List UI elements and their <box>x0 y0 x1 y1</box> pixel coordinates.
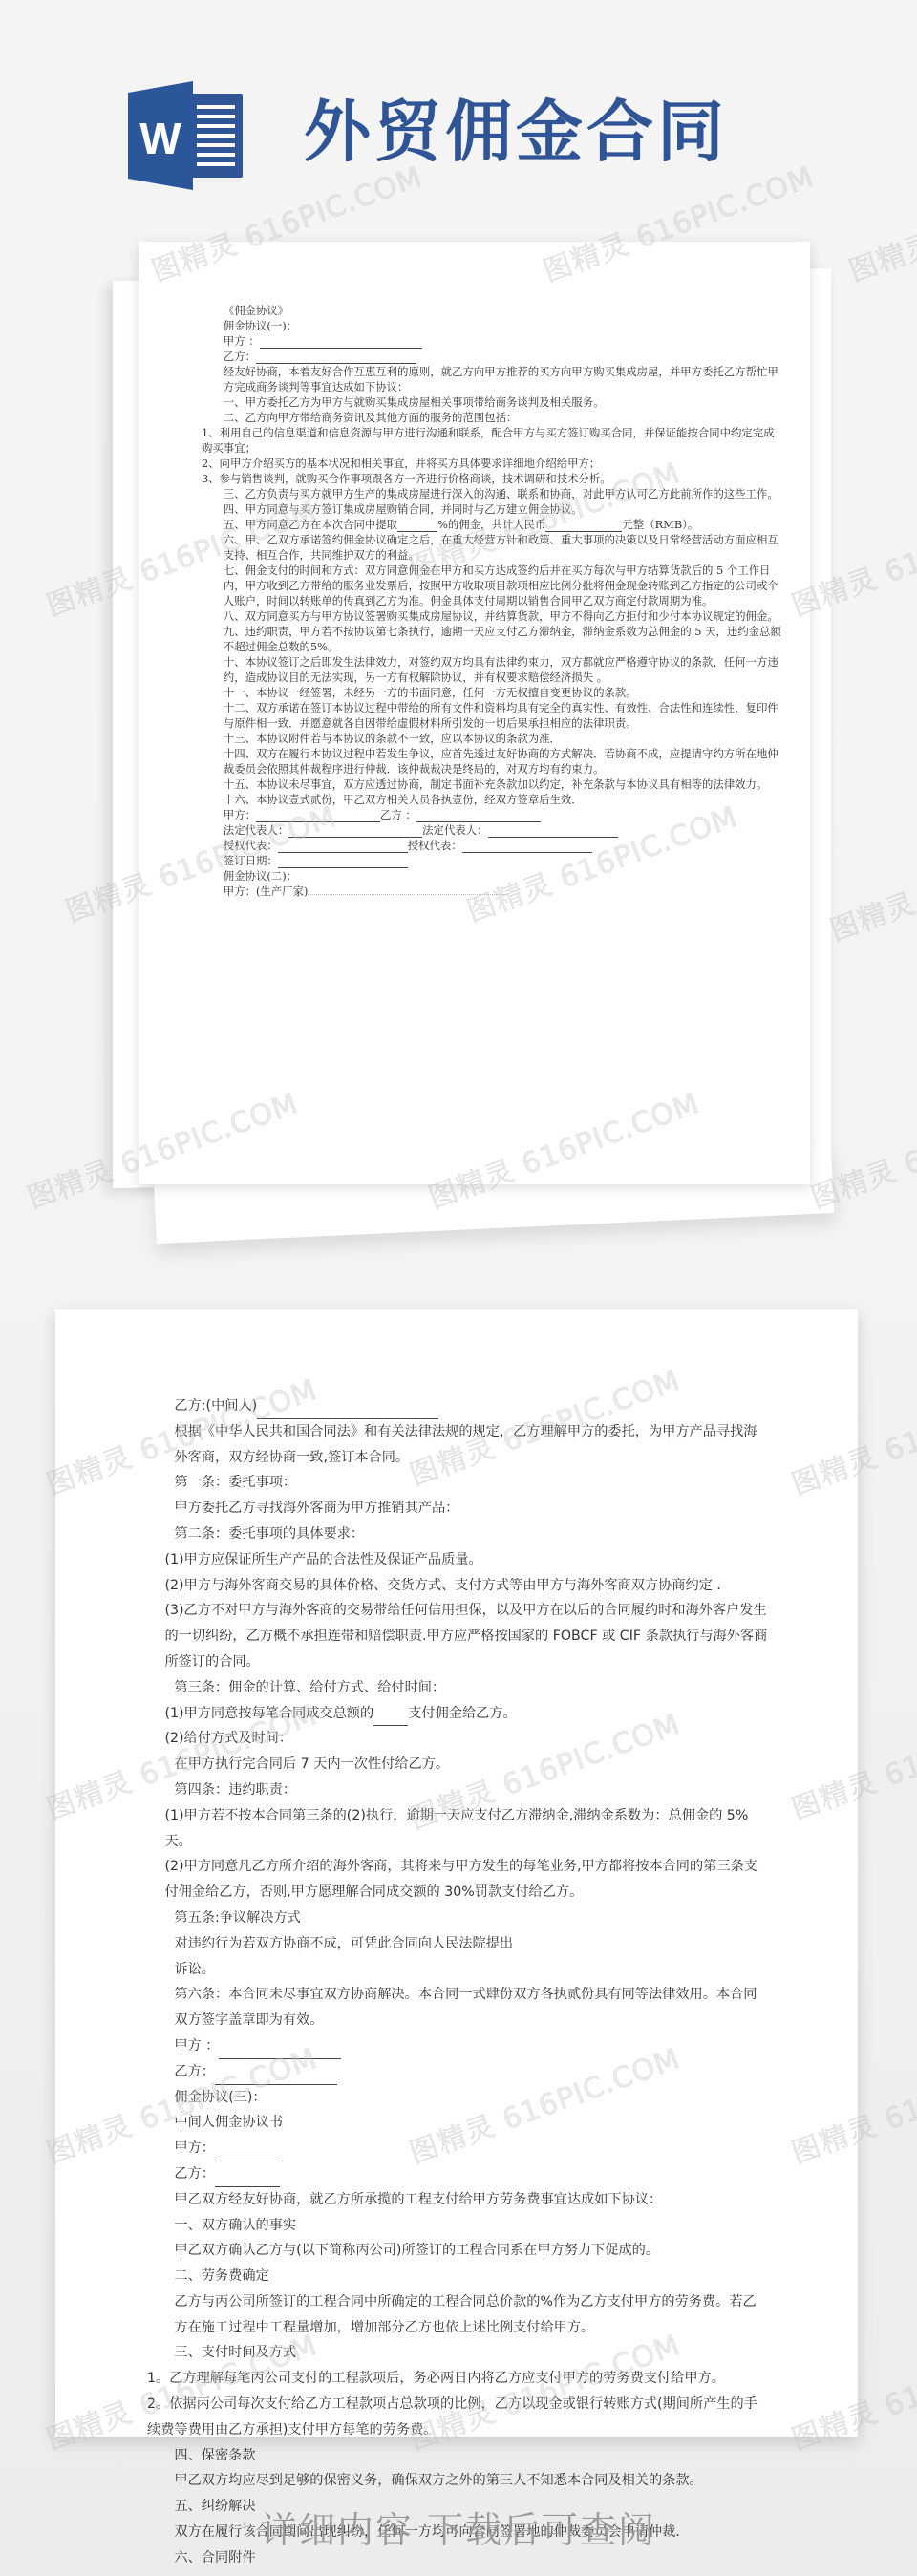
document-line: 第一条：委托事项： <box>147 1470 768 1496</box>
fill-in-blank <box>219 2045 341 2059</box>
fill-in-blank <box>256 352 416 364</box>
signature-row: 签订日期： <box>202 853 784 868</box>
document-line: 佣金协议(一)： <box>202 318 784 333</box>
field-label: 乙方： <box>224 350 256 363</box>
document-line: 在甲方执行完合同后 7 天内一次性付给乙方。 <box>147 1752 768 1778</box>
line-text: 佣金协议(二)： <box>224 869 297 883</box>
document-line: 乙方： <box>147 2161 768 2187</box>
document-line: 十三、本协议附件若与本协议的条款不一致，应以本协议的条款为准． <box>202 731 784 746</box>
document-line: 甲方委托乙方寻找海外客商为甲方推销其产品： <box>147 1496 768 1522</box>
fill-in-blank <box>215 2147 280 2161</box>
document-line: 四、保密条款 <box>147 2443 768 2469</box>
svg-text:W: W <box>139 114 181 163</box>
document-line: 五、甲方同意乙方在本次合同中提取%的佣金，共计人民币元整（RMB）。 <box>202 517 784 532</box>
document-line: 二、劳务费确定 <box>147 2264 768 2289</box>
signature-label: 法定代表人： <box>422 823 487 837</box>
signature-label: 法定代表人： <box>224 823 288 837</box>
document-line: 八、双方同意买方与甲方协议签署购买集成房屋协议，并结算货款，甲方不得向乙方拒付和… <box>202 608 784 624</box>
document-line: 经友好协商，本着友好合作互惠互利的原则，就乙方向甲方推荐的买方向甲方购买集成房屋… <box>202 364 784 394</box>
document-line: 中间人佣金协议书 <box>147 2110 768 2136</box>
document-line: 甲方： <box>147 2136 768 2161</box>
document-line: 1。乙方理解每笔丙公司支付的工程款项后，务必两日内将乙方应支付甲方的劳务费支付给… <box>147 2366 768 2392</box>
signature-label: 授权代表： <box>224 839 278 852</box>
header: W 外贸佣金合同 <box>0 0 917 229</box>
document-line: 三、支付时间及方式 <box>147 2340 768 2366</box>
field-label: 乙方： <box>174 2166 215 2182</box>
line-text: (1)甲方同意按每笔合同成交总额的 <box>164 1706 373 1721</box>
fill-in-blank <box>260 337 422 349</box>
document-line: (1)甲方若不按本合同第三条的(2)执行，逾期一天应支付乙方滞纳金,滞纳金系数为… <box>147 1803 768 1855</box>
document-line: (2)甲方与海外客商交易的具体价格、交货方式、支付方式等由甲方与海外客商双方协商… <box>147 1573 768 1599</box>
document-line: 甲乙双方经友好协商，就乙方所承揽的工程支付给甲方劳务费事宜达成如下协议： <box>147 2187 768 2213</box>
document-line: 诉讼。 <box>147 1957 768 1983</box>
signature-blank <box>278 841 408 853</box>
document-line: 一、双方确认的事实 <box>147 2213 768 2239</box>
document-line: (3)乙方不对甲方与海外客商的交易带给任何信用担保，以及甲方在以后的合同履约时和… <box>147 1598 768 1674</box>
signature-blank <box>488 826 618 838</box>
document-line: 乙方:(中间人) <box>147 1394 768 1419</box>
signature-row: 法定代表人：法定代表人： <box>202 822 784 838</box>
download-notice: 详细内容 下载后可查阅 <box>0 2501 917 2553</box>
signature-blank <box>288 826 422 838</box>
document-line: 根据《中华人民共和国合同法》和有关法律法规的规定，乙方理解甲方的委托，为甲方产品… <box>147 1419 768 1471</box>
signature-blank <box>278 857 408 868</box>
document-line: (2)甲方同意凡乙方所介绍的海外客商，其将来与甲方发生的每笔业务,甲方都将按本合… <box>147 1854 768 1905</box>
document-line: 乙方： <box>147 2059 768 2085</box>
signature-row: 甲方：乙方 ： <box>202 807 784 822</box>
field-label: 甲方 ： <box>174 2038 219 2054</box>
document-line: 甲方 ： <box>202 333 784 349</box>
truncation-dots <box>308 885 508 895</box>
document-line: 2。依据丙公司每次支付给乙方工程款项占总款项的比例，乙方以现金或银行转账方式(期… <box>147 2392 768 2443</box>
document-line: 第四条：违约职责： <box>147 1778 768 1803</box>
document-line: 十二、双方承诺在签订本协议过程中带给的所有文件和资料均具有完全的真实性、有效性、… <box>202 700 784 731</box>
signature-label: 授权代表： <box>408 839 462 852</box>
document-line: 七、佣金支付的时间和方式：双方同意佣金在甲方和买方达成签约后并在买方每次与甲方结… <box>202 563 784 608</box>
signature-label: 乙方 ： <box>380 808 416 821</box>
document-line: 十六、本协议壹式贰份，甲乙双方相关人员各执壹份，经双方签章后生效． <box>202 792 784 807</box>
document-line: (2)给付方式及时间： <box>147 1726 768 1752</box>
document-page-2: 乙方:(中间人)根据《中华人民共和国合同法》和有关法律法规的规定，乙方理解甲方的… <box>55 1309 858 2437</box>
watermark-text: 图精灵 616PIC.COM <box>822 812 917 948</box>
document-line: 佣金协议(二)： <box>202 868 784 884</box>
signature-blank <box>416 811 541 822</box>
fill-in-blank <box>545 521 622 532</box>
fill-in-blank <box>257 1405 438 1419</box>
document-line: 甲乙双方确认乙方与(以下简称丙公司)所签订的工程合同系在甲方努力下促成的。 <box>147 2238 768 2264</box>
signature-blank <box>462 841 592 853</box>
signature-row: 授权代表：授权代表： <box>202 838 784 853</box>
document-line: 3、参与销售谈判，就购买合作事项跟各方一齐进行价格商谈，技术调研和技术分析。 <box>202 471 784 486</box>
line-text: %的佣金，共计人民币 <box>437 518 545 531</box>
document-line: 九、违约职责，甲方若不按协议第七条执行，逾期一天应支付乙方滞纳金，滞纳金系数为总… <box>202 624 784 654</box>
document-line: 佣金协议(三)： <box>147 2085 768 2111</box>
line-text: 甲方：(生产厂家) <box>224 884 309 898</box>
word-document-icon: W <box>128 81 245 190</box>
document-line: 1、利用自己的信息渠道和信息资源与甲方进行沟通和联系，配合甲方与买方签订购买合同… <box>202 425 784 456</box>
document-line: 乙方与丙公司所签订的工程合同中所确定的工程合同总价款的%作为乙方支付甲方的劳务费… <box>147 2289 768 2341</box>
document-line: 十、本协议签订之后即发生法律效力，对签约双方均具有法律约束力，双方都就应严格遵守… <box>202 654 784 685</box>
signature-label: 甲方： <box>224 808 256 821</box>
document-line: 《佣金协议》 <box>202 303 784 318</box>
page-1-body: 《佣金协议》佣金协议(一)：甲方 ：乙方：经友好协商，本着友好合作互惠互利的原则… <box>202 303 784 899</box>
document-line: 第三条：佣金的计算、给付方式、给付时间： <box>147 1675 768 1701</box>
document-line: 三、乙方负责与买方就甲方生产的集成房屋进行深入的沟通、联系和协商，对此甲方认可乙… <box>202 486 784 501</box>
document-line: 四、甲方同意与买方签订集成房屋购销合同，并同时与乙方建立佣金协议。 <box>202 501 784 517</box>
signature-blank <box>256 811 380 822</box>
document-line: 第五条:争议解决方式 <box>147 1905 768 1931</box>
field-label: 乙方:(中间人) <box>174 1398 257 1414</box>
document-line: 十一、本协议一经签署，未经另一方的书面同意，任何一方无权擅自变更协议的条款。 <box>202 685 784 700</box>
fill-in-blank <box>215 2173 280 2187</box>
document-line: 第二条：委托事项的具体要求： <box>147 1522 768 1547</box>
document-line: (1)甲方同意按每笔合同成交总额的支付佣金给乙方。 <box>147 1701 768 1727</box>
document-line: 第六条：本合同未尽事宜双方协商解决。本合同一式肆份双方各执贰份具有同等法律效用。… <box>147 1982 768 2033</box>
document-line: 二、乙方向甲方带给商务资讯及其他方面的服务的范围包括： <box>202 410 784 425</box>
signature-label: 签订日期： <box>224 854 278 867</box>
document-line: (1)甲方应保证所生产产品的合法性及保证产品质量。 <box>147 1547 768 1573</box>
field-label: 乙方： <box>174 2064 215 2079</box>
page-2-body: 乙方:(中间人)根据《中华人民共和国合同法》和有关法律法规的规定，乙方理解甲方的… <box>147 1394 768 2571</box>
document-line: 一、甲方委托乙方为甲方与就购买集成房屋相关事项带给商务谈判及相关服务。 <box>202 394 784 410</box>
document-line: 甲乙双方均应尽到足够的保密义务，确保双方之外的第三人不知悉本合同及相关的条款。 <box>147 2468 768 2494</box>
document-line: 十五、本协议未尽事宜，双方应透过协商，制定书面补充条款加以约定，补充条款与本协议… <box>202 777 784 792</box>
document-line: 甲方：(生产厂家) <box>202 884 784 899</box>
line-text: 五、甲方同意乙方在本次合同中提取 <box>224 518 397 531</box>
page-title: 外贸佣金合同 <box>304 84 728 180</box>
fill-in-blank <box>397 521 437 532</box>
document-line: 对违约行为若双方协商不成，可凭此合同向人民法院提出 <box>147 1931 768 1957</box>
document-line: 十四、双方在履行本协议过程中若发生争议，应首先透过友好协商的方式解决．若协商不成… <box>202 746 784 777</box>
fill-in-blank <box>373 1712 408 1726</box>
document-line: 2、向甲方介绍买方的基本状况和相关事宜，并将买方具体要求详细地介绍给甲方； <box>202 456 784 471</box>
fill-in-blank <box>215 2070 337 2084</box>
field-label: 甲方： <box>174 2140 215 2156</box>
line-text: 元整（RMB）。 <box>622 518 698 531</box>
line-text: 支付佣金给乙方。 <box>408 1706 517 1721</box>
field-label: 甲方 ： <box>224 334 260 348</box>
document-line: 甲方 ： <box>147 2033 768 2059</box>
document-page-1: 《佣金协议》佣金协议(一)：甲方 ：乙方：经友好协商，本着友好合作互惠互利的原则… <box>139 242 810 1184</box>
document-line: 六、甲、乙双方承诺签约佣金协议确定之后，在重大经营方针和政策、重大事项的决策以及… <box>202 532 784 563</box>
document-line: 乙方： <box>202 349 784 364</box>
